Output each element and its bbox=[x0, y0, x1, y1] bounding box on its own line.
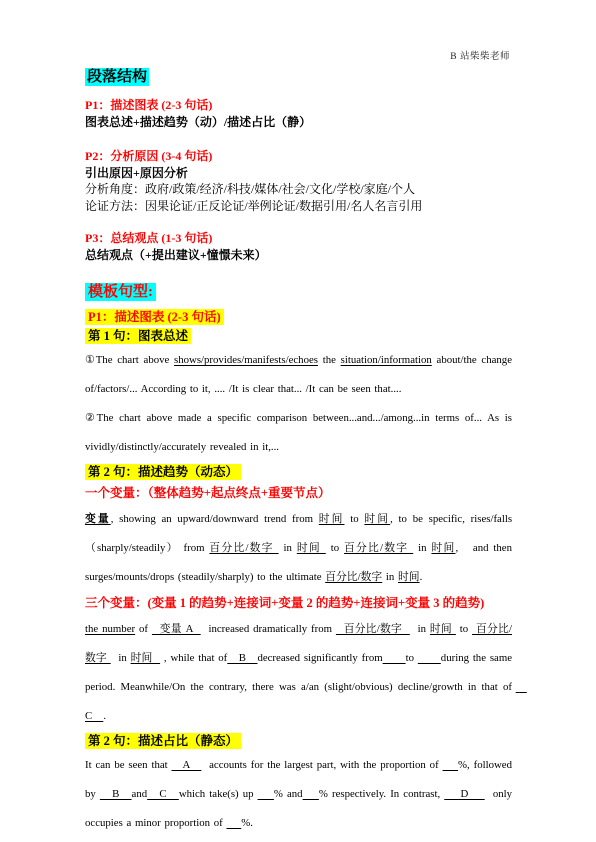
fill-in-blank-segment bbox=[303, 788, 319, 800]
text-segment: in bbox=[111, 652, 131, 664]
text-segment: . bbox=[420, 571, 423, 583]
text-segment: % respectively. In contrast, bbox=[319, 788, 444, 800]
highlighted-heading-text: 第 2 句：描述趋势（动态） bbox=[85, 464, 241, 480]
highlighted-heading-text: 第 1 句：图表总述 bbox=[85, 328, 191, 344]
fill-in-blank-segment: 时间 bbox=[364, 513, 390, 525]
text-segment: ①The chart above bbox=[85, 354, 174, 366]
sentence2-static-heading: 第 2 句：描述占比（静态） bbox=[85, 732, 512, 750]
highlighted-heading-text: 第 2 句：描述占比（静态） bbox=[85, 733, 241, 749]
fill-in-blank-segment: B bbox=[227, 652, 257, 664]
fill-in-blank-segment: 百分比/数字 bbox=[344, 542, 413, 554]
document-header-author: B 站柴柴老师 bbox=[450, 48, 510, 62]
text-segment: ②The chart above made a specific compari… bbox=[85, 412, 516, 453]
fill-in-blank-segment: A bbox=[172, 759, 202, 771]
fill-in-blank-segment: 百分比/数字 bbox=[209, 542, 278, 554]
fill-in-blank-segment: 百分比/数字 bbox=[336, 623, 410, 635]
fill-in-blank-segment: C bbox=[147, 788, 179, 800]
fill-in-blank-segment: 百分比/数字 bbox=[325, 571, 382, 583]
template-paragraph-chart-overview-1: ①The chart above shows/provides/manifest… bbox=[85, 346, 512, 404]
fill-in-blank-segment bbox=[226, 817, 241, 829]
sentence2-dynamic-heading: 第 2 句：描述趋势（动态） bbox=[85, 463, 512, 481]
template-paragraph-one-variable: 变量, showing an upward/downward trend fro… bbox=[85, 505, 512, 592]
text-segment: % and bbox=[274, 788, 303, 800]
text-segment: to bbox=[345, 513, 365, 525]
template-paragraph-three-variables: the number of 变量 A increased dramaticall… bbox=[85, 615, 512, 731]
text-segment: decreased significantly from bbox=[257, 652, 382, 664]
fill-in-blank-segment: the number bbox=[85, 623, 135, 635]
p1-body: 图表总述+描述趋势（动）/描述占比（静） bbox=[85, 114, 512, 131]
highlighted-title-text: 段落结构 bbox=[85, 68, 149, 86]
text-segment: of bbox=[135, 623, 152, 635]
fill-in-blank-segment: B bbox=[100, 788, 132, 800]
highlighted-title-text: 模板句型: bbox=[85, 283, 156, 301]
p2-heading: P2：分析原因 (3-4 句话) bbox=[85, 148, 512, 165]
text-segment: increased dramatically from bbox=[201, 623, 336, 635]
fill-in-blank-segment bbox=[443, 759, 459, 771]
text-segment: to bbox=[406, 652, 418, 664]
fill-in-blank-segment: 时间 bbox=[430, 623, 456, 635]
fill-in-blank-segment bbox=[383, 652, 406, 664]
document-page: B 站柴柴老师 段落结构 P1：描述图表 (2-3 句话) 图表总述+描述趋势（… bbox=[0, 0, 596, 842]
fill-in-blank-segment: 时间 bbox=[431, 542, 455, 554]
text-segment: It can be seen that bbox=[85, 759, 172, 771]
p1-heading: P1：描述图表 (2-3 句话) bbox=[85, 97, 512, 114]
text-segment: in bbox=[382, 571, 398, 583]
text-segment: . bbox=[103, 710, 106, 722]
fill-in-blank-segment: 时间 bbox=[131, 652, 161, 664]
template-paragraph-chart-overview-2: ②The chart above made a specific compari… bbox=[85, 404, 512, 462]
text-segment: which take(s) up bbox=[179, 788, 258, 800]
fill-in-blank-segment: 变量 bbox=[85, 513, 111, 525]
text-segment: in bbox=[279, 542, 297, 554]
three-variables-heading: 三个变量：(变量 1 的趋势+连接词+变量 2 的趋势+连接词+变量 3 的趋势… bbox=[85, 592, 512, 615]
fill-in-blank-segment: 时间 bbox=[319, 513, 345, 525]
text-segment: in bbox=[413, 542, 431, 554]
text-segment: to bbox=[326, 542, 344, 554]
p3-body: 总结观点（+提出建议+憧憬未来） bbox=[85, 247, 512, 264]
fill-in-blank-segment: 时间 bbox=[398, 571, 420, 583]
p2-body: 引出原因+原因分析 bbox=[85, 165, 512, 182]
spacer bbox=[85, 130, 512, 148]
text-segment: , while that of bbox=[160, 652, 227, 664]
fill-in-blank-segment: shows/provides/manifests/echoes bbox=[174, 354, 318, 366]
fill-in-blank-segment: D bbox=[444, 788, 484, 800]
text-segment: the bbox=[318, 354, 341, 366]
text-segment: and bbox=[132, 788, 148, 800]
text-segment: in bbox=[410, 623, 430, 635]
text-segment: to bbox=[456, 623, 472, 635]
spacer bbox=[85, 214, 512, 230]
fill-in-blank-segment: 变量 A bbox=[152, 623, 201, 635]
sentence1-heading: 第 1 句：图表总述 bbox=[85, 327, 512, 345]
one-variable-heading: 一个变量：（整体趋势+起点终点+重要节点） bbox=[85, 482, 512, 505]
p2-argument-methods: 论证方法：因果论证/正反论证/举例论证/数据引用/名人名言引用 bbox=[85, 198, 512, 215]
text-segment: %. bbox=[241, 817, 253, 829]
document-content: 段落结构 P1：描述图表 (2-3 句话) 图表总述+描述趋势（动）/描述占比（… bbox=[85, 67, 512, 838]
template-p1-heading: P1：描述图表 (2-3 句话) bbox=[85, 308, 512, 326]
p3-heading: P3：总结观点 (1-3 句话) bbox=[85, 230, 512, 247]
p2-analysis-angles: 分析角度：政府/政策/经济/科技/媒体/社会/文化/学校/家庭/个人 bbox=[85, 181, 512, 198]
fill-in-blank-segment: 时间 bbox=[297, 542, 326, 554]
highlighted-heading-text: P1：描述图表 (2-3 句话) bbox=[85, 309, 224, 325]
text-segment: , showing an upward/downward trend from bbox=[111, 513, 319, 525]
section-title-template-sentences: 模板句型: bbox=[85, 281, 512, 303]
fill-in-blank-segment bbox=[418, 652, 441, 664]
template-paragraph-proportion: It can be seen that A accounts for the l… bbox=[85, 751, 512, 838]
spacer bbox=[85, 263, 512, 281]
fill-in-blank-segment: situation/information bbox=[341, 354, 432, 366]
section-title-paragraph-structure: 段落结构 bbox=[85, 67, 512, 88]
text-segment: accounts for the largest part, with the … bbox=[201, 759, 442, 771]
fill-in-blank-segment bbox=[258, 788, 274, 800]
